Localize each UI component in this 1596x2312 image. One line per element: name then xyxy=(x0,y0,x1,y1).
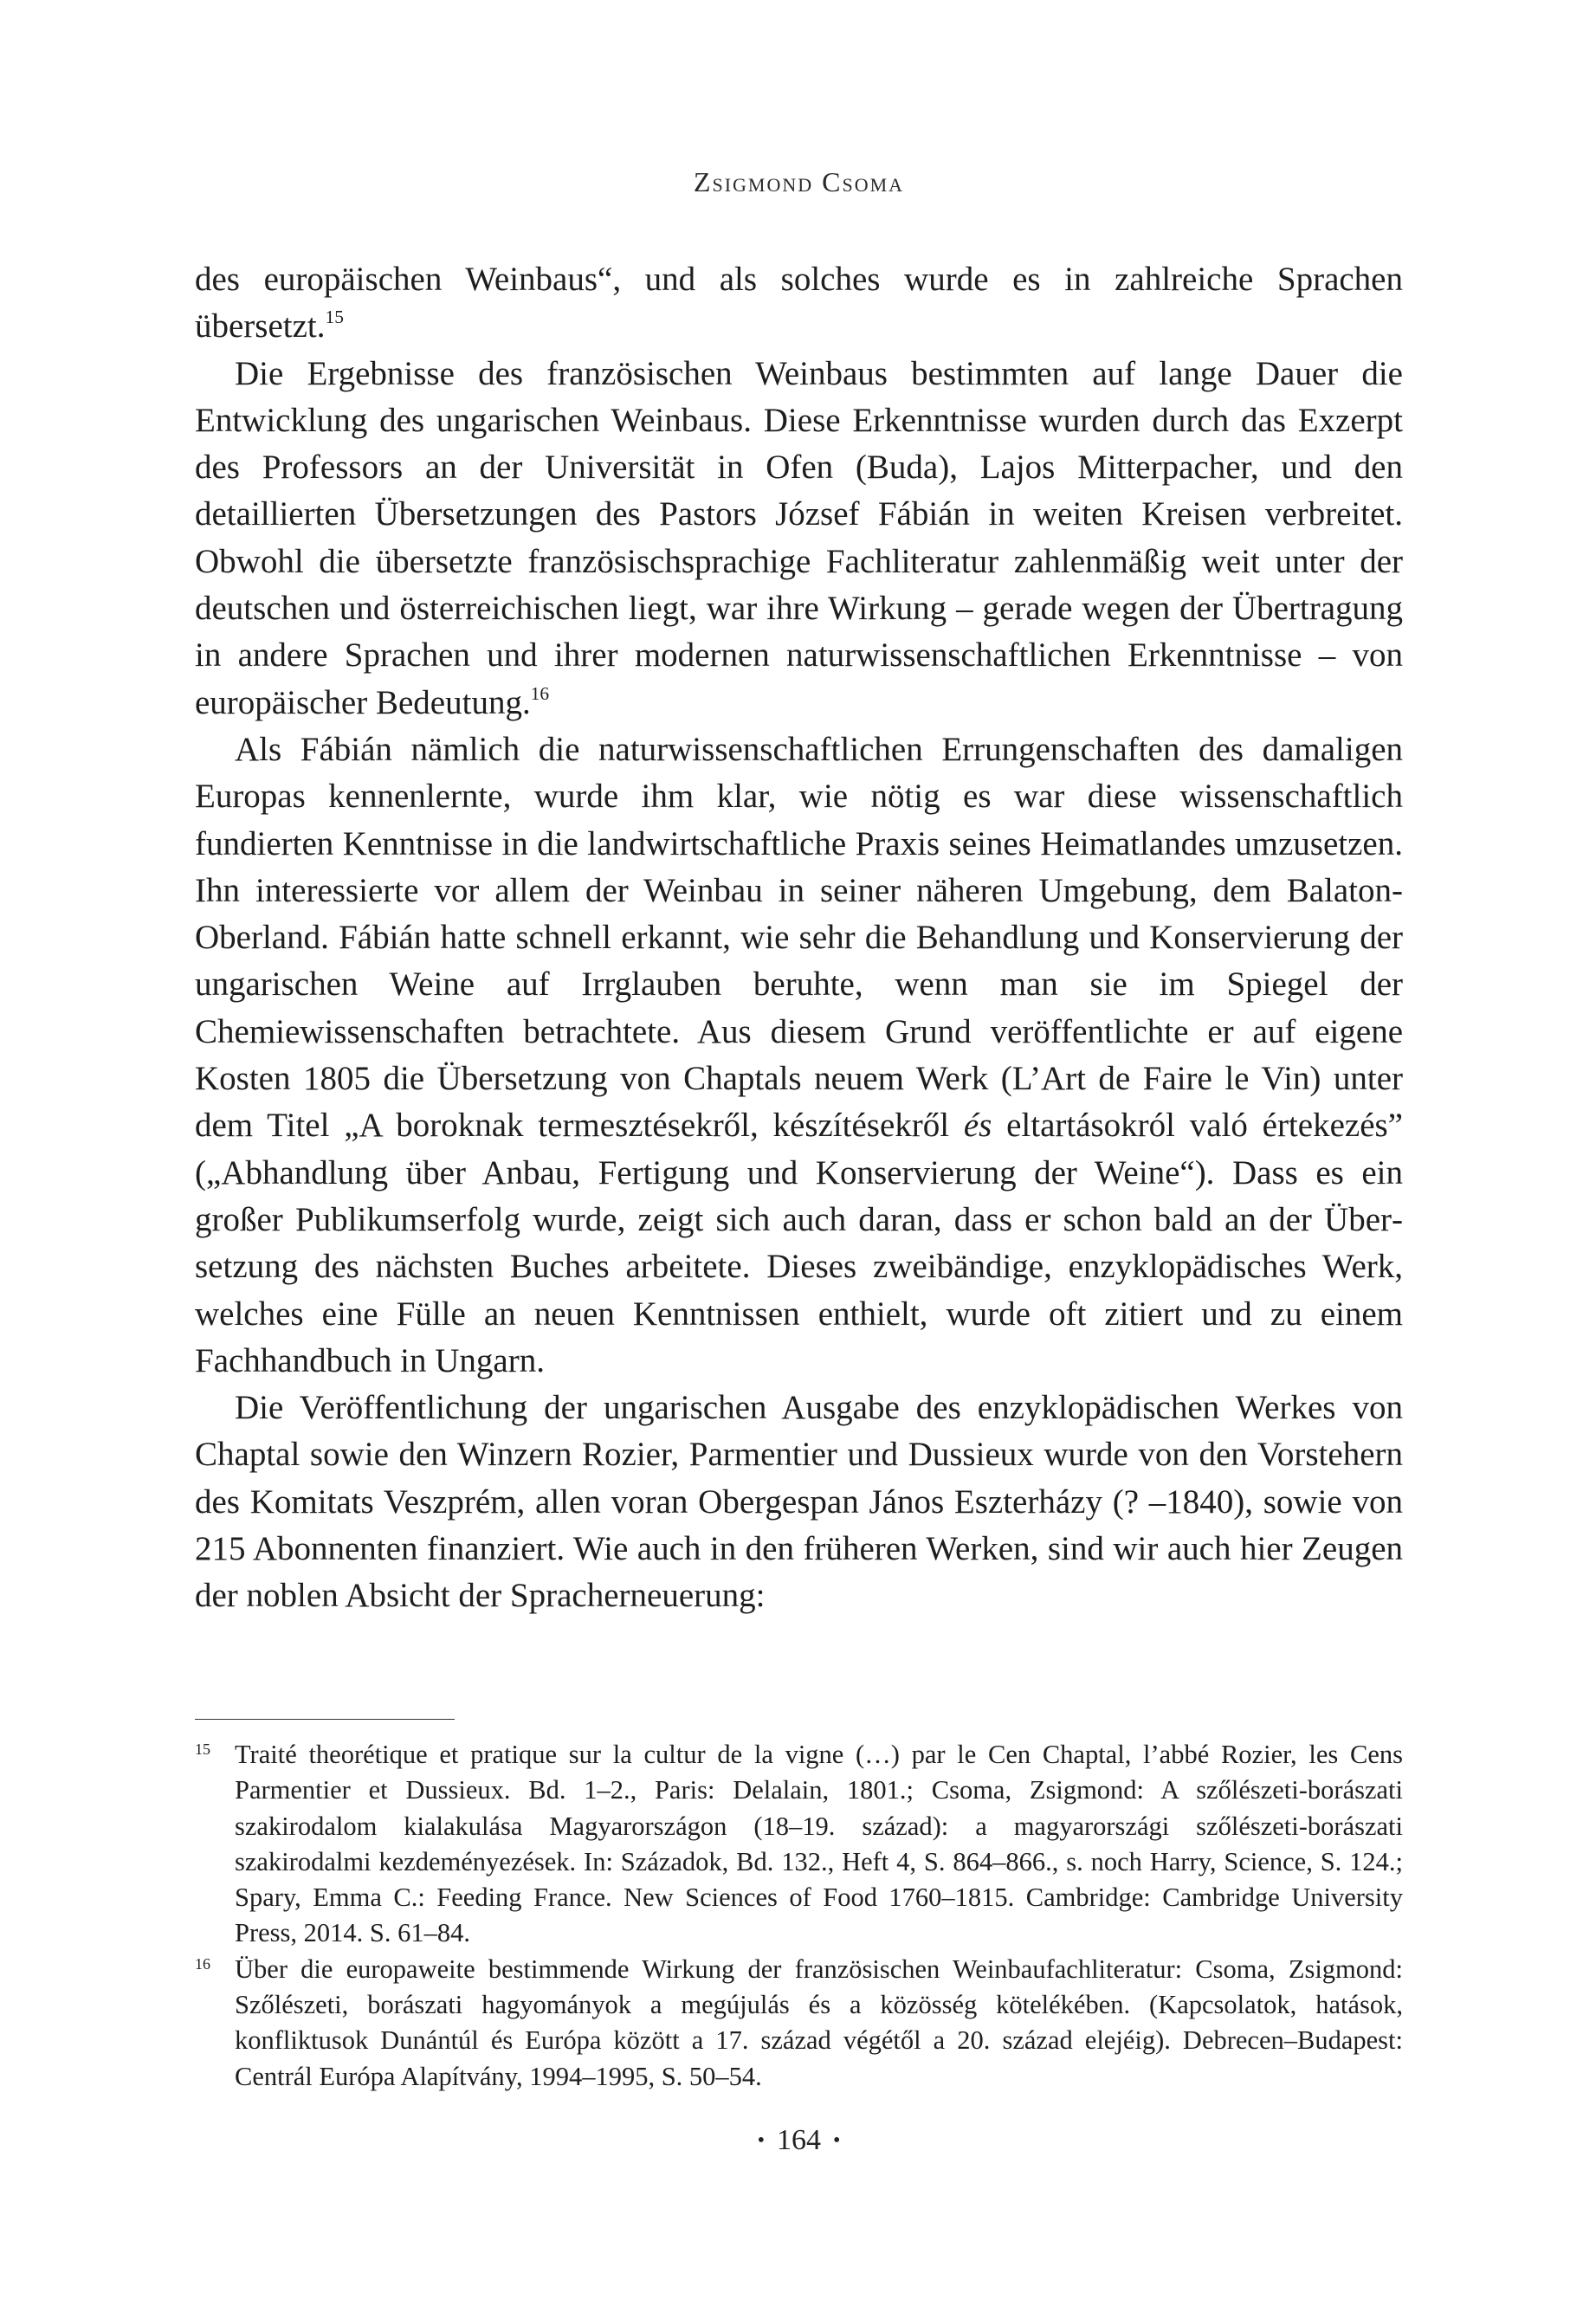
paragraph-2: Die Ergebnisse des französischen Weinbau… xyxy=(195,351,1403,727)
paragraph-4: Die Veröffentlichung der ungarischen Aus… xyxy=(195,1385,1403,1619)
paragraph-1-text: des europäischen Weinbaus“, und als solc… xyxy=(195,261,1403,345)
footnotes: 15 Traité theorétique et pratique sur la… xyxy=(195,1737,1403,2095)
paragraph-3: Als Fábián nämlich die naturwissenschaft… xyxy=(195,727,1403,1385)
footnote-text: Über die europaweite bestimmende Wirkung… xyxy=(235,1954,1403,2091)
page-number-value: 164 xyxy=(777,2124,821,2156)
paragraph-1: des europäischen Weinbaus“, und als solc… xyxy=(195,256,1403,351)
footnote-separator-rule xyxy=(195,1719,455,1720)
footnote-number: 15 xyxy=(195,1732,210,1767)
footnote-16: 16 Über die europaweite bestimmende Wirk… xyxy=(195,1952,1403,2095)
running-head-author: Zsigmond Csoma xyxy=(195,166,1403,198)
bullet-icon: • xyxy=(833,2129,840,2152)
footnote-text: Traité theorétique et pratique sur la cu… xyxy=(235,1740,1403,1947)
footnote-ref-16[interactable]: 16 xyxy=(531,683,549,704)
paragraph-3-italic: és xyxy=(964,1107,992,1144)
paragraph-4-text: Die Veröffentlichung der ungarischen Aus… xyxy=(195,1389,1403,1614)
bullet-icon: • xyxy=(758,2129,765,2152)
footnote-ref-15[interactable]: 15 xyxy=(326,307,344,327)
footnote-number: 16 xyxy=(195,1947,210,1982)
paragraph-3-text-a: Als Fábián nämlich die naturwissenschaft… xyxy=(195,731,1403,1144)
paragraph-3-text-b: eltartásokról való értekezés” („Abhandlu… xyxy=(195,1107,1403,1379)
footnote-15: 15 Traité theorétique et pratique sur la… xyxy=(195,1737,1403,1952)
paragraph-2-text: Die Ergebnisse des französischen Weinbau… xyxy=(195,355,1403,721)
page-number: •164• xyxy=(195,2124,1403,2157)
book-page: Zsigmond Csoma des europäischen Weinbaus… xyxy=(195,0,1403,2312)
body-text: des europäischen Weinbaus“, und als solc… xyxy=(195,256,1403,1620)
